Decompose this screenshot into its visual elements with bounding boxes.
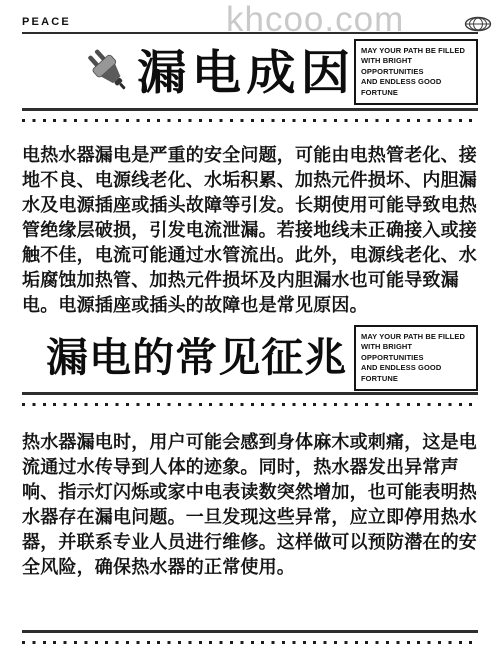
section-signs: 漏电的常见征兆 MAY YOUR PATH BE FILLED WITH BRI…: [0, 332, 500, 580]
motto-line: MAY YOUR PATH BE FILLED: [361, 332, 471, 343]
paragraph-causes: 电热水器漏电是严重的安全问题，可能由电热管老化、接地不良、电源线老化、水垢积累、…: [22, 143, 478, 318]
section-causes: 漏电成因 MAY YOUR PATH BE FILLED WITH BRIGHT…: [0, 44, 500, 318]
page: khcoo.com PEACE 漏电成因 MAY: [0, 0, 500, 667]
header: PEACE: [22, 0, 478, 34]
footer: [0, 622, 500, 644]
dotted-divider: [22, 641, 478, 644]
motto-line: MAY YOUR PATH BE FILLED: [361, 46, 471, 57]
section-title-signs: 漏电的常见征兆: [46, 338, 347, 378]
dotted-divider: [22, 119, 478, 122]
dotted-divider: [22, 403, 478, 406]
solid-divider: [22, 630, 478, 633]
motto-line: WITH BRIGHT OPPORTUNITIES: [361, 56, 471, 77]
solid-divider: [22, 392, 478, 395]
brand-logo: PEACE: [22, 16, 478, 32]
motto-line: WITH BRIGHT OPPORTUNITIES: [361, 342, 471, 363]
motto-line: AND ENDLESS GOOD FORTUNE: [361, 363, 471, 384]
title-row-signs: 漏电的常见征兆 MAY YOUR PATH BE FILLED WITH BRI…: [22, 332, 478, 384]
section-title-causes: 漏电成因: [137, 49, 355, 96]
paragraph-signs: 热水器漏电时，用户可能会感到身体麻木或刺痛，这是电流通过水传导到人体的迹象。同时…: [22, 430, 478, 580]
solid-divider: [22, 108, 478, 111]
motto-line: AND ENDLESS GOOD FORTUNE: [361, 77, 471, 98]
motto-box: MAY YOUR PATH BE FILLED WITH BRIGHT OPPO…: [354, 325, 478, 392]
title-row-causes: 漏电成因 MAY YOUR PATH BE FILLED WITH BRIGHT…: [22, 44, 478, 100]
motto-box: MAY YOUR PATH BE FILLED WITH BRIGHT OPPO…: [354, 39, 478, 106]
plug-icon: [84, 45, 134, 99]
